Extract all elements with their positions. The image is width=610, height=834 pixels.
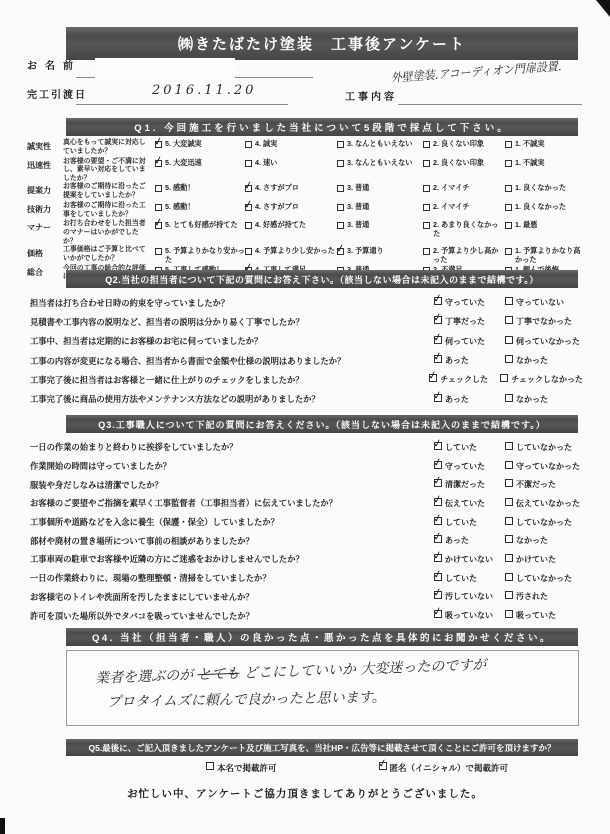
q2-answer-no[interactable]: チェックしなかった bbox=[500, 374, 583, 385]
checkbox[interactable] bbox=[505, 554, 513, 562]
q3-answer-no[interactable]: 汚された bbox=[505, 591, 583, 602]
checkbox[interactable] bbox=[505, 498, 513, 506]
q1-option-3[interactable]: 3. 普通 bbox=[337, 183, 423, 192]
checkbox[interactable] bbox=[505, 442, 513, 450]
q1-rating-row: 誠実性 真心をもって誠実に対応していましたか？ 5. 大変誠実 4. 誠実 3.… bbox=[27, 139, 583, 158]
q3-answer-no-label: 不潔だった bbox=[516, 479, 556, 490]
q2-answer-no-label: チェックしなかった bbox=[511, 374, 583, 385]
q1-option-2[interactable]: 2. あまり良くなかった bbox=[423, 220, 505, 238]
q1-option-3[interactable]: 3. 予算通り bbox=[337, 246, 423, 255]
q1-option-label: 3. 普通 bbox=[347, 221, 369, 229]
checkbox[interactable] bbox=[505, 461, 513, 469]
q1-option-label: 5. とても好感が持てた bbox=[165, 221, 238, 229]
q3-question-row: 許可を頂いた場所以外でタバコを吸っていませんでしたか？ 吸っていない 吸っていた bbox=[30, 606, 583, 625]
q1-option-label: 3. 普通 bbox=[347, 184, 369, 192]
q1-rating-row: マナー お打ち合わせをした担当者のマナーはいかがでしたか？ 5. とても好感が持… bbox=[27, 220, 583, 246]
q3-question-row: 一日の作業の始まりと終わりに挨拶をしていましたか？ していた していなかった bbox=[30, 438, 583, 457]
work-content-label: 工事内容 bbox=[345, 88, 397, 103]
q3-question-text: 一日の作業終わりに、現場の整理整頓・清掃をしていましたか？ bbox=[30, 572, 434, 584]
q3-answer-yes-label: していた bbox=[445, 517, 477, 528]
checkbox[interactable] bbox=[505, 141, 512, 148]
q3-answer-no[interactable]: かけていた bbox=[505, 554, 583, 565]
q1-option-3[interactable]: 3. 普通 bbox=[337, 220, 423, 229]
checkbox[interactable] bbox=[505, 535, 513, 543]
q1-question-text: お客様のご期待に沿った工事をしていましたか？ bbox=[63, 202, 155, 219]
q1-category-label: 提案力 bbox=[27, 183, 63, 196]
checkbox[interactable] bbox=[245, 141, 252, 148]
q1-option-label: 2. イマイチ bbox=[433, 184, 470, 192]
q1-rating-table: 誠実性 真心をもって誠実に対応していましたか？ 5. 大変誠実 4. 誠実 3.… bbox=[27, 139, 583, 283]
q3-answer-no[interactable]: 守っていなかった bbox=[505, 461, 583, 472]
q2-answer-yes-label: チェックした bbox=[440, 374, 488, 385]
q3-answer-no[interactable]: していなかった bbox=[505, 517, 583, 528]
q3-answer-no-label: 吸っていた bbox=[516, 610, 556, 621]
q3-answer-yes-label: 汚していない bbox=[445, 591, 493, 602]
work-content-handwritten-value: 外壁塗装.アコーディオン門扉設置. bbox=[390, 57, 562, 86]
q3-question-row: 部材や廃材の置き場所について事前の相談がありましたか？ あった なかった bbox=[30, 531, 583, 550]
q3-question-text: 一日の作業の始まりと終わりに挨拶をしていましたか？ bbox=[30, 441, 434, 453]
q1-rating-row: 技術力 お客様のご期待に沿った工事をしていましたか？ 5. 感動！ 4. さすが… bbox=[27, 202, 583, 221]
checkbox[interactable] bbox=[434, 461, 442, 469]
checkbox[interactable] bbox=[434, 554, 442, 562]
q4-section-header: Q4. 当社（担当者・職人）の良かった点・悪かった点を具体的にお聞かせください。 bbox=[66, 628, 578, 646]
checkbox[interactable] bbox=[434, 591, 442, 599]
checkbox[interactable] bbox=[337, 185, 344, 192]
q4-comment-struck-text: とても bbox=[197, 666, 240, 683]
q4-comment-text: どこにしていいか 大変迷ったのですが bbox=[244, 657, 487, 681]
q3-question-row: お客様宅のトイレや洗面所を汚したままにしていませんか？ 汚していない 汚された bbox=[30, 588, 583, 607]
checkbox[interactable] bbox=[434, 535, 442, 543]
q1-option-label: 5. 大変誠実 bbox=[165, 140, 202, 148]
q1-option-4[interactable]: 4. 誠実 bbox=[245, 139, 337, 148]
scan-artifact-edge bbox=[0, 818, 5, 834]
q3-answer-yes[interactable]: 吸っていない bbox=[434, 610, 505, 621]
q1-option-2[interactable]: 2. イマイチ bbox=[423, 183, 505, 192]
q1-option-4[interactable]: 4. さすがプロ bbox=[245, 202, 337, 211]
q3-answer-yes-label: していた bbox=[445, 442, 477, 453]
checkbox[interactable] bbox=[505, 610, 513, 618]
q2-question-row: 工事の内容が変更になる場合、担当者から書面で金額や仕様の説明はありましたか？ あ… bbox=[30, 351, 583, 370]
q1-option-4[interactable]: 4. 速い bbox=[245, 158, 337, 167]
q2-answer-yes-label: 伺っていた bbox=[445, 336, 485, 347]
completion-date-handwritten-value: 2016.11.20 bbox=[152, 83, 256, 98]
q3-answer-yes-label: あった bbox=[445, 535, 469, 546]
completion-date-input-line[interactable] bbox=[76, 104, 288, 105]
checkbox[interactable] bbox=[337, 160, 344, 167]
q2-section-header: Q2.当社の担当者について下記の質問にお答え下さい。（該当しない場合は未記入のま… bbox=[66, 270, 578, 288]
checkbox[interactable] bbox=[155, 248, 162, 255]
q1-option-label: 3. 予算通り bbox=[347, 247, 384, 255]
q1-category-label: 迅速性 bbox=[27, 158, 63, 171]
checkbox[interactable] bbox=[337, 222, 344, 229]
q3-question-row: 一日の作業終わりに、現場の整理整頓・清掃をしていましたか？ していた していなか… bbox=[30, 569, 583, 588]
q3-answer-no-label: していなかった bbox=[516, 573, 572, 584]
q3-question-row: お客様のご要望やご指摘を素早く工事監督者（工事担当者）に伝えていましたか？ 伝え… bbox=[30, 494, 583, 513]
q2-answer-no[interactable]: 丁寧でなかった bbox=[505, 316, 583, 327]
q3-question-row: 作業開始の時間は守っていましたか？ 守っていた 守っていなかった bbox=[30, 457, 583, 476]
survey-form-page: ㈱きたばたけ塗装 工事後アンケート お名前 完工引渡日 2016.11.20 工… bbox=[0, 0, 610, 834]
q3-answer-yes[interactable]: 守っていた bbox=[434, 461, 505, 472]
q1-question-text: 真心をもって誠実に対応していましたか？ bbox=[63, 139, 155, 156]
q3-question-text: 部材や廃材の置き場所について事前の相談がありましたか？ bbox=[30, 535, 434, 547]
q1-option-3[interactable]: 3. なんともいえない bbox=[337, 158, 423, 167]
q1-option-label: 4. さすがプロ bbox=[255, 203, 299, 211]
q5-option-real-name[interactable]: 本名で掲載許可 bbox=[206, 762, 277, 774]
q2-question-text: 工事完了後に商品の使用方法やメンテナンス方法などの説明がありましたか？ bbox=[30, 393, 434, 405]
q2-question-list: 担当者は打ち合わせ日時の約束を守っていましたか？ 守っていた 守っていない 見積… bbox=[30, 293, 583, 409]
q5-option-anonymous[interactable]: 匿名（イニシャル）で掲載許可 bbox=[379, 762, 509, 774]
q1-rating-row: 迅速性 お客様の要望・ご不満に対し、素早い対応をしていましたか？ 5. 大変迅速… bbox=[27, 158, 583, 184]
q4-comment-box[interactable]: 業者を選ぶのが とても どこにしていいか 大変迷ったのですが プロタイムズに頼ん… bbox=[66, 650, 579, 726]
q2-answer-yes[interactable]: あった bbox=[434, 394, 505, 405]
q1-category-label: マナー bbox=[27, 220, 63, 233]
q3-section-header: Q3.工事職人について下記の質問にお答えください。（該当しない場合は未記入のまま… bbox=[66, 415, 578, 433]
q1-option-5[interactable]: 5. 感動！ bbox=[155, 202, 245, 211]
q1-option-2[interactable]: 2. 良くない印象 bbox=[423, 158, 505, 167]
q3-question-text: お客様宅のトイレや洗面所を汚したままにしていませんか？ bbox=[30, 591, 434, 603]
q1-option-label: 1. 良くなかった bbox=[515, 203, 566, 211]
q1-option-label: 5. 感動！ bbox=[165, 203, 195, 211]
q2-question-row: 工事中、担当者は定期的にお客様のお宅に伺っていましたか？ 伺っていた 伺っていな… bbox=[30, 332, 583, 351]
q5-option-label: 匿名（イニシャル）で掲載許可 bbox=[390, 762, 509, 774]
q3-question-text: 工事個所や道路などを入念に養生（保護・保全）していましたか？ bbox=[30, 516, 434, 528]
q1-option-label: 2. 予算より少し高かった bbox=[433, 247, 505, 264]
q5-section-header: Q5.最後に、ご記入頂きましたアンケート及び施工写真を、当社HP・広告等に掲載さ… bbox=[66, 739, 578, 756]
checkbox[interactable] bbox=[505, 204, 512, 211]
q1-option-label: 3. なんともいえない bbox=[347, 159, 413, 167]
q1-question-text: お客様の要望・ご不満に対し、素早い対応をしていましたか？ bbox=[63, 158, 155, 184]
q3-answer-no[interactable]: 吸っていた bbox=[505, 610, 583, 621]
q1-rating-row: 価格 工事価格はご予算と比べていかがでしたか？ 5. 予算よりかなり安かった 4… bbox=[27, 246, 583, 265]
q1-option-label: 4. 予算より少し安かった bbox=[255, 247, 335, 255]
q1-option-label: 4. さすがプロ bbox=[255, 184, 299, 192]
checkbox[interactable] bbox=[505, 160, 512, 167]
q3-answer-yes-label: していた bbox=[445, 573, 477, 584]
q3-answer-no-label: かけていた bbox=[516, 554, 556, 565]
q1-section-header: Q1. 今回施工を行いました当社について5段階で採点して下さい。 bbox=[66, 118, 578, 136]
q1-question-text: お打ち合わせをした担当者のマナーはいかがでしたか？ bbox=[63, 220, 155, 246]
q2-answer-yes[interactable]: 伺っていた bbox=[434, 336, 505, 347]
q1-rating-row: 提案力 お客様のご期待に沿ったご提案をしていましたか？ 5. 感動！ 4. さす… bbox=[27, 183, 583, 202]
checkbox[interactable] bbox=[155, 204, 162, 211]
q3-answer-no-label: していなかった bbox=[516, 442, 572, 453]
q1-option-label: 1. 不誠実 bbox=[515, 140, 545, 148]
q1-option-5[interactable]: 5. 予算よりかなり安かった bbox=[155, 246, 245, 264]
checkbox[interactable] bbox=[434, 355, 442, 363]
checkbox[interactable] bbox=[206, 762, 214, 770]
q1-option-2[interactable]: 2. 良くない印象 bbox=[423, 139, 505, 148]
q3-answer-no-label: 守っていなかった bbox=[516, 461, 580, 472]
q2-answer-no[interactable]: 守っていない bbox=[505, 297, 583, 308]
checkbox[interactable] bbox=[245, 185, 252, 192]
q3-answer-yes[interactable]: 清潔だった bbox=[434, 479, 505, 490]
q3-answer-no-label: 伝えていなかった bbox=[516, 498, 580, 509]
checkbox[interactable] bbox=[423, 160, 430, 167]
q1-category-label: 価格 bbox=[27, 246, 63, 259]
checkbox[interactable] bbox=[505, 185, 512, 192]
q3-question-text: 工事車両の駐車でお客様や近隣の方にご迷惑をおかけしませんでしたか？ bbox=[30, 553, 434, 565]
checkbox[interactable] bbox=[505, 316, 513, 324]
q1-option-label: 2. あまり良くなかった bbox=[433, 221, 505, 238]
q5-options: 本名で掲載許可 匿名（イニシャル）で掲載許可 bbox=[30, 762, 583, 774]
q2-answer-yes-label: あった bbox=[445, 394, 469, 405]
checkbox[interactable] bbox=[434, 297, 442, 305]
q1-option-label: 1. 最悪 bbox=[515, 221, 537, 229]
q1-option-5[interactable]: 5. 感動！ bbox=[155, 183, 245, 192]
checkbox[interactable] bbox=[155, 222, 162, 229]
q3-answer-yes[interactable]: 汚していない bbox=[434, 591, 505, 602]
q1-option-2[interactable]: 2. 予算より少し高かった bbox=[423, 246, 505, 264]
checkbox[interactable] bbox=[434, 498, 442, 506]
q2-question-row: 工事完了後に担当者はお客様と一緒に仕上がりのチェックをしましたか？ チェックした… bbox=[30, 370, 583, 389]
checkbox[interactable] bbox=[423, 204, 430, 211]
q2-answer-yes-label: あった bbox=[445, 355, 469, 366]
form-title: ㈱きたばたけ塗装 工事後アンケート bbox=[66, 27, 578, 60]
q2-answer-yes[interactable]: あった bbox=[434, 355, 505, 366]
q5-option-label: 本名で掲載許可 bbox=[217, 762, 277, 774]
q1-question-text: 工事価格はご予算と比べていかがでしたか？ bbox=[63, 246, 155, 263]
q1-option-1[interactable]: 1. 最悪 bbox=[505, 220, 583, 229]
q2-answer-no-label: 丁寧でなかった bbox=[516, 316, 572, 327]
q2-answer-no[interactable]: なかった bbox=[505, 394, 583, 405]
q1-option-label: 4. 好感が持てた bbox=[255, 221, 306, 229]
q2-question-text: 工事中、担当者は定期的にお客様のお宅に伺っていましたか？ bbox=[30, 335, 434, 347]
checkbox[interactable] bbox=[337, 248, 344, 255]
q2-answer-yes[interactable]: 守っていた bbox=[434, 297, 505, 308]
q1-option-1[interactable]: 1. 良くなかった bbox=[505, 183, 583, 192]
q2-answer-no-label: なかった bbox=[516, 394, 548, 405]
q2-answer-no-label: 伺っていなかった bbox=[516, 336, 580, 347]
checkbox[interactable] bbox=[505, 394, 513, 402]
q2-question-text: 工事の内容が変更になる場合、担当者から書面で金額や仕様の説明はありましたか？ bbox=[30, 355, 434, 367]
checkbox[interactable] bbox=[423, 185, 430, 192]
checkbox[interactable] bbox=[500, 374, 508, 382]
q2-answer-no[interactable]: なかった bbox=[505, 355, 583, 366]
checkbox[interactable] bbox=[429, 374, 437, 382]
q3-answer-no[interactable]: なかった bbox=[505, 535, 583, 546]
checkbox[interactable] bbox=[337, 141, 344, 148]
q3-answer-yes[interactable]: していた bbox=[434, 442, 505, 453]
checkbox[interactable] bbox=[434, 610, 442, 618]
q1-option-3[interactable]: 3. なんともいえない bbox=[337, 139, 423, 148]
checkbox[interactable] bbox=[434, 394, 442, 402]
q3-answer-yes[interactable]: していた bbox=[434, 517, 505, 528]
q1-option-label: 2. 良くない印象 bbox=[433, 140, 484, 148]
checkbox[interactable] bbox=[337, 204, 344, 211]
q1-category-label: 技術力 bbox=[27, 202, 63, 215]
q3-answer-yes-label: 伝えていた bbox=[445, 498, 485, 509]
checkbox[interactable] bbox=[505, 297, 513, 305]
q3-question-row: 服装や身だしなみは清潔でしたか？ 清潔だった 不潔だった bbox=[30, 475, 583, 494]
checkbox[interactable] bbox=[434, 442, 442, 450]
q1-option-label: 1. 不誠実 bbox=[515, 159, 545, 167]
checkbox[interactable] bbox=[434, 517, 442, 525]
work-content-input-line[interactable] bbox=[398, 104, 582, 105]
q2-answer-yes-label: 丁寧だった bbox=[445, 316, 485, 327]
checkbox[interactable] bbox=[245, 222, 252, 229]
q2-question-text: 見積書や工事内容の説明など、担当者の説明は分かり易く丁寧でしたか？ bbox=[30, 316, 434, 328]
q2-answer-yes-label: 守っていた bbox=[445, 297, 485, 308]
q1-option-4[interactable]: 4. 予算より少し安かった bbox=[245, 246, 337, 255]
q1-option-2[interactable]: 2. イマイチ bbox=[423, 202, 505, 211]
q2-answer-yes[interactable]: 丁寧だった bbox=[434, 316, 505, 327]
checkbox[interactable] bbox=[434, 479, 442, 487]
q1-option-3[interactable]: 3. 普通 bbox=[337, 202, 423, 211]
checkbox[interactable] bbox=[434, 316, 442, 324]
q2-question-row: 工事完了後に商品の使用方法やメンテナンス方法などの説明がありましたか？ あった … bbox=[30, 389, 583, 408]
q2-question-text: 工事完了後に担当者はお客様と一緒に仕上がりのチェックをしましたか？ bbox=[30, 374, 429, 386]
q3-answer-no-label: していなかった bbox=[516, 517, 572, 528]
q1-option-label: 4. 速い bbox=[255, 159, 277, 167]
q3-answer-no-label: なかった bbox=[516, 535, 548, 546]
q1-option-label: 3. なんともいえない bbox=[347, 140, 413, 148]
q1-option-5[interactable]: 5. とても好感が持てた bbox=[155, 220, 245, 229]
name-redaction bbox=[95, 58, 235, 80]
q3-answer-yes-label: 清潔だった bbox=[445, 479, 485, 490]
q3-question-text: 許可を頂いた場所以外でタバコを吸っていませんでしたか？ bbox=[30, 610, 434, 622]
q1-option-4[interactable]: 4. さすがプロ bbox=[245, 183, 337, 192]
q1-option-4[interactable]: 4. 好感が持てた bbox=[245, 220, 337, 229]
q1-category-label: 誠実性 bbox=[27, 139, 63, 152]
q2-question-row: 見積書や工事内容の説明など、担当者の説明は分かり易く丁寧でしたか？ 丁寧だった … bbox=[30, 312, 583, 331]
q3-answer-yes[interactable]: 伝えていた bbox=[434, 498, 505, 509]
checkbox[interactable] bbox=[155, 141, 162, 148]
q3-answer-yes[interactable]: していた bbox=[434, 573, 505, 584]
checkbox[interactable] bbox=[379, 762, 387, 770]
checkbox[interactable] bbox=[434, 336, 442, 344]
q2-answer-yes[interactable]: チェックした bbox=[429, 374, 500, 385]
thank-you-message: お忙しい中、アンケートご協力頂きましてありがとうございました。 bbox=[0, 786, 610, 801]
name-label: お名前 bbox=[27, 57, 81, 72]
q3-question-row: 工事車両の駐車でお客様や近隣の方にご迷惑をおかけしませんでしたか？ かけていない… bbox=[30, 550, 583, 569]
checkbox[interactable] bbox=[423, 141, 430, 148]
q3-question-text: 服装や身だしなみは清潔でしたか？ bbox=[30, 479, 434, 491]
q1-option-label: 4. 誠実 bbox=[255, 140, 277, 148]
q3-answer-no-label: 汚された bbox=[516, 591, 548, 602]
q1-question-text: お客様のご期待に沿ったご提案をしていましたか？ bbox=[63, 183, 155, 200]
checkbox[interactable] bbox=[505, 517, 513, 525]
q3-answer-yes-label: 吸っていない bbox=[445, 610, 493, 621]
q3-answer-no[interactable]: していなかった bbox=[505, 442, 583, 453]
q3-answer-yes-label: 守っていた bbox=[445, 461, 485, 472]
completion-date-label: 完工引渡日 bbox=[27, 86, 87, 101]
checkbox[interactable] bbox=[245, 204, 252, 211]
q1-option-1[interactable]: 1. 不誠実 bbox=[505, 139, 583, 148]
q1-option-label: 5. 予算よりかなり安かった bbox=[165, 247, 245, 264]
q1-option-label: 2. 良くない印象 bbox=[433, 159, 484, 167]
q1-option-label: 1. 良くなかった bbox=[515, 184, 566, 192]
q1-option-label: 3. 普通 bbox=[347, 203, 369, 211]
q1-option-5[interactable]: 5. 大変迅速 bbox=[155, 158, 245, 167]
scan-artifact-corner bbox=[596, 0, 610, 17]
q2-answer-no[interactable]: 伺っていなかった bbox=[505, 336, 583, 347]
q1-option-label: 5. 感動！ bbox=[165, 184, 195, 192]
q3-answer-no[interactable]: 伝えていなかった bbox=[505, 498, 583, 509]
q3-answer-no[interactable]: していなかった bbox=[505, 573, 583, 584]
q3-question-text: 作業開始の時間は守っていましたか？ bbox=[30, 460, 434, 472]
checkbox[interactable] bbox=[423, 222, 430, 229]
q2-question-text: 担当者は打ち合わせ日時の約束を守っていましたか？ bbox=[30, 297, 434, 309]
q2-answer-no-label: なかった bbox=[516, 355, 548, 366]
q1-option-1[interactable]: 1. 予算よりかなり高かった bbox=[505, 246, 583, 264]
checkbox[interactable] bbox=[245, 248, 252, 255]
q3-question-list: 一日の作業の始まりと終わりに挨拶をしていましたか？ していた していなかった 作… bbox=[30, 438, 583, 625]
q1-option-1[interactable]: 1. 不誠実 bbox=[505, 158, 583, 167]
q4-comment-text: 業者を選ぶのが bbox=[95, 667, 193, 686]
q3-answer-yes-label: かけていない bbox=[445, 554, 493, 565]
q1-option-label: 1. 予算よりかなり高かった bbox=[515, 247, 583, 264]
checkbox[interactable] bbox=[505, 222, 512, 229]
q1-option-label: 2. イマイチ bbox=[433, 203, 470, 211]
q1-option-label: 5. 大変迅速 bbox=[165, 159, 202, 167]
checkbox[interactable] bbox=[505, 336, 513, 344]
checkbox[interactable] bbox=[505, 479, 513, 487]
checkbox[interactable] bbox=[155, 160, 162, 167]
q3-answer-no[interactable]: 不潔だった bbox=[505, 479, 583, 490]
q3-answer-yes[interactable]: あった bbox=[434, 535, 505, 546]
q3-question-row: 工事個所や道路などを入念に養生（保護・保全）していましたか？ していた していな… bbox=[30, 513, 583, 532]
q1-option-1[interactable]: 1. 良くなかった bbox=[505, 202, 583, 211]
checkbox[interactable] bbox=[423, 248, 430, 255]
checkbox[interactable] bbox=[505, 573, 513, 581]
checkbox[interactable] bbox=[245, 160, 252, 167]
q1-category-label: 総合 bbox=[27, 265, 63, 278]
checkbox[interactable] bbox=[505, 248, 512, 255]
q1-option-5[interactable]: 5. 大変誠実 bbox=[155, 139, 245, 148]
checkbox[interactable] bbox=[505, 591, 513, 599]
q4-handwritten-comment-line1: 業者を選ぶのが とても どこにしていいか 大変迷ったのですが bbox=[95, 654, 487, 688]
q4-handwritten-comment-line2: プロタイムズに頼んで良かったと思います。 bbox=[107, 687, 386, 712]
q2-question-row: 担当者は打ち合わせ日時の約束を守っていましたか？ 守っていた 守っていない bbox=[30, 293, 583, 312]
q2-answer-no-label: 守っていない bbox=[516, 297, 564, 308]
q3-answer-yes[interactable]: かけていない bbox=[434, 554, 505, 565]
checkbox[interactable] bbox=[155, 185, 162, 192]
checkbox[interactable] bbox=[434, 573, 442, 581]
checkbox[interactable] bbox=[505, 355, 513, 363]
q3-question-text: お客様のご要望やご指摘を素早く工事監督者（工事担当者）に伝えていましたか？ bbox=[30, 497, 434, 509]
